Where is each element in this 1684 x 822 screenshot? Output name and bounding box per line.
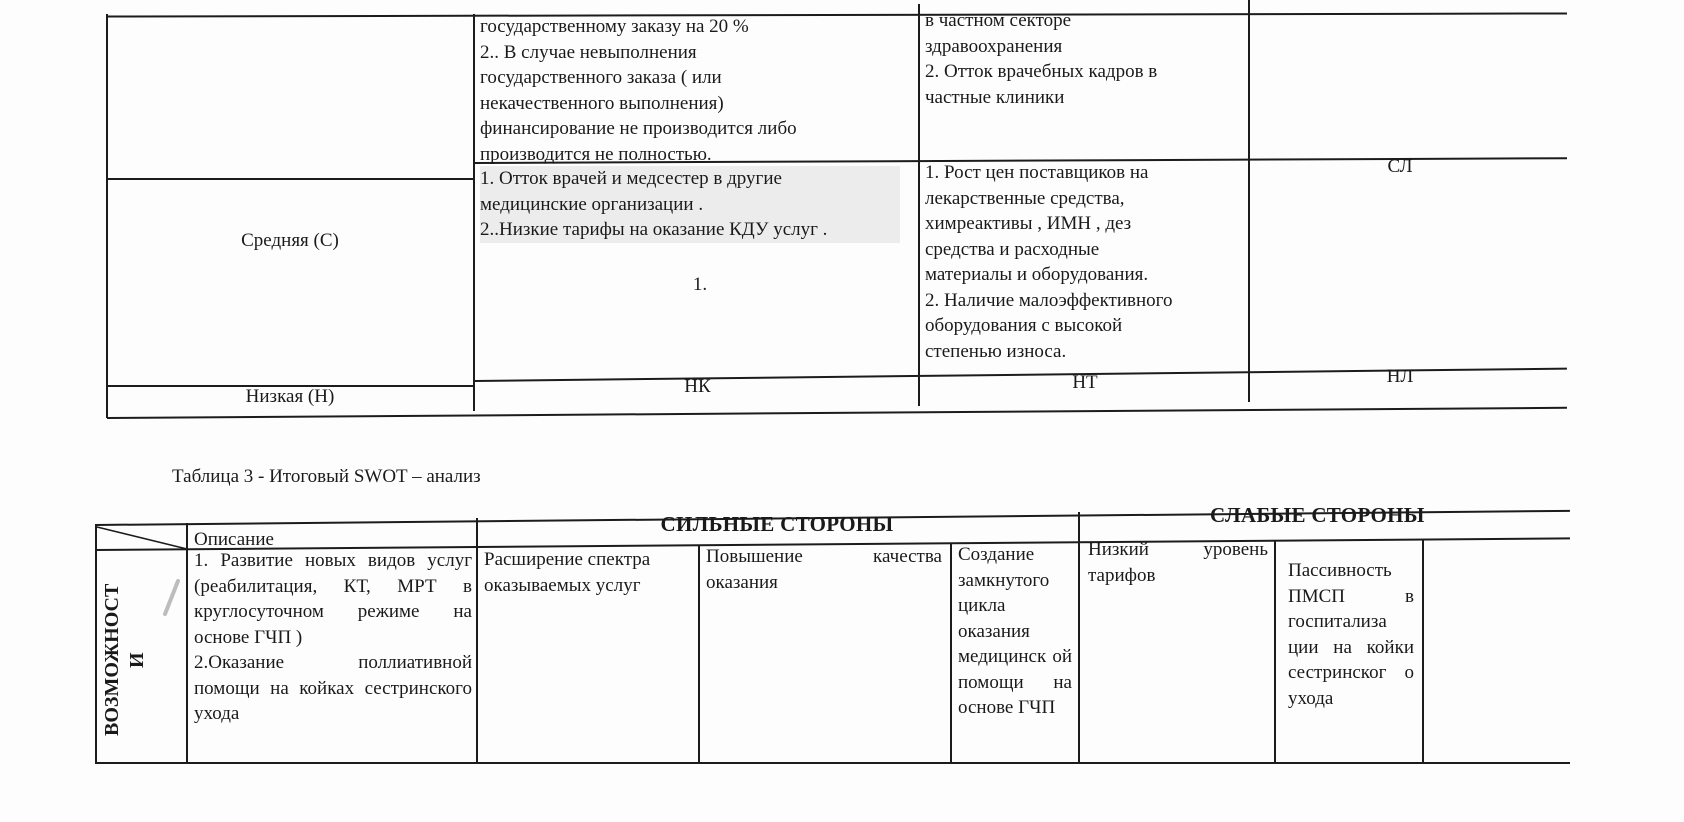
strength-cell-3: Создание замкнутого цикла оказания медиц… xyxy=(958,542,1072,721)
risk-level-medium: Средняя (С) xyxy=(107,228,473,254)
table-rule xyxy=(698,545,700,763)
diagonal-corner-line xyxy=(95,525,188,551)
risk-cell-row2-col1: 1. Отток врачей и медсестер в другие мед… xyxy=(480,166,900,243)
table-rule xyxy=(473,14,475,411)
strength-cell-1: Расширение спектра оказываемых услуг xyxy=(484,547,692,598)
pencil-mark xyxy=(160,578,182,618)
table-rule xyxy=(950,544,952,763)
header-strengths: СИЛЬНЫЕ СТОРОНЫ xyxy=(476,512,1078,538)
risk-cell-row1-col1: государственному заказу на 20 % 2.. В сл… xyxy=(480,14,910,167)
row-label-text: ВОЗМОЖНОСТ И xyxy=(101,584,148,736)
table-rule xyxy=(95,525,97,763)
table-rule xyxy=(107,178,475,180)
risk-level-low: Низкая (Н) xyxy=(107,384,473,410)
opportunities-description: 1. Развитие новых видов услуг (реабилита… xyxy=(194,548,472,727)
table-rule xyxy=(106,14,108,418)
table-border-bottom xyxy=(95,762,1570,764)
table-rule xyxy=(1248,0,1250,402)
table-rule xyxy=(1274,541,1276,763)
table-rule xyxy=(476,518,478,763)
table-rule xyxy=(1422,540,1424,763)
strength-cell-2: Повышение качества оказания xyxy=(706,544,942,595)
table-caption: Таблица 3 - Итоговый SWOT – анализ xyxy=(172,466,481,488)
table-rule xyxy=(918,4,920,406)
risk-cell-row3-col2: НТ xyxy=(920,370,1250,396)
risk-cell-row1-col2: в частном секторе здравоохранения 2. Отт… xyxy=(925,8,1245,110)
risk-cell-row2-col1-extra: 1. xyxy=(680,272,720,298)
risk-cell-row2-col3: СЛ xyxy=(1250,154,1550,180)
header-weaknesses: СЛАБЫЕ СТОРОНЫ xyxy=(1210,503,1425,529)
risk-cell-row3-col1: НК xyxy=(475,374,920,400)
risk-cell-row2-col2: 1. Рост цен поставщиков на лекарственные… xyxy=(925,160,1245,364)
weakness-cell-1: Низкий уровень тарифов xyxy=(1088,537,1268,588)
table-rule xyxy=(186,523,188,763)
weakness-cell-2: Пассивность ПМСП в госпитализа ции на ко… xyxy=(1288,558,1414,711)
risk-cell-row3-col3: НЛ xyxy=(1250,364,1550,390)
table-rule xyxy=(1078,512,1080,763)
